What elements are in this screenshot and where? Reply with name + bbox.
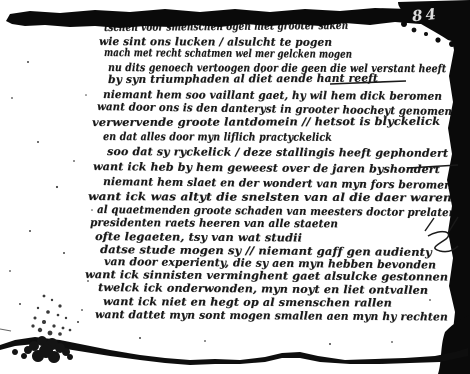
manuscript-line: want ick heb by hem geweest over de jare… bbox=[93, 160, 440, 176]
manuscript-line: want ick niet en hegt op al smenschen ra… bbox=[103, 295, 392, 310]
manuscript-line: soo dat sy ryckelick / deze stallingis h… bbox=[107, 145, 448, 160]
manuscript-line: verwervende groote lantdomein // hetsot … bbox=[92, 115, 440, 129]
manuscript-line: want dattet myn sont mogen smallen aen m… bbox=[95, 308, 448, 323]
manuscript-line: niemant hem slaet en der wondert van myn… bbox=[103, 175, 452, 192]
manuscript-line: en dat alles door myn liflich practyckel… bbox=[103, 130, 332, 144]
manuscript-line: mach met recht schatmen wel mer gelcken … bbox=[104, 46, 352, 61]
page-number: 84 bbox=[411, 5, 440, 26]
manuscript-page: tschen voor smenschen ogen niet grooter … bbox=[0, 0, 470, 374]
manuscript-line: want ick was altyt die snelsten van al d… bbox=[88, 190, 452, 204]
manuscript-line: presidenten raets heeren van alle staete… bbox=[90, 216, 338, 230]
manuscript-line: tschen voor smenschen ogen niet grooter … bbox=[104, 19, 348, 34]
handwriting-block: tschen voor smenschen ogen niet grooter … bbox=[0, 0, 470, 374]
manuscript-line: by syn triumphaden al diet aende hant re… bbox=[108, 72, 378, 86]
